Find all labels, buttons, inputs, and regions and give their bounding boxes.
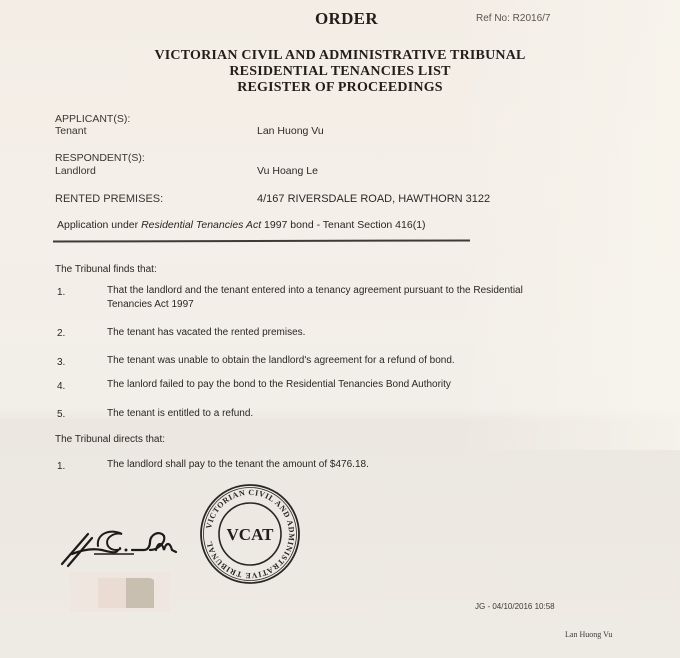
footer-timestamp: JG - 04/10/2016 10:58: [475, 602, 555, 611]
list-name: RESIDENTIAL TENANCIES LIST: [0, 64, 680, 80]
direction-number: 1.: [57, 461, 65, 472]
order-title: ORDER: [315, 9, 378, 29]
finding-text: The tenant is entitled to a refund.: [107, 408, 253, 419]
applicant-heading: APPLICANT(S):: [55, 113, 130, 125]
signature-icon: [58, 520, 193, 570]
findings-heading: The Tribunal finds that:: [55, 264, 157, 275]
finding-text: That the landlord and the tenant entered…: [107, 285, 523, 296]
finding-number: 3.: [57, 357, 65, 368]
section-divider: [53, 239, 470, 242]
application-suffix: 1997 bond - Tenant Section 416(1): [261, 219, 425, 231]
finding-number: 1.: [57, 287, 65, 298]
premises-address: 4/167 RIVERSDALE ROAD, HAWTHORN 3122: [257, 193, 490, 205]
finding-text-continued: Tenancies Act 1997: [107, 299, 194, 310]
finding-text: The tenant has vacated the rented premis…: [107, 327, 305, 338]
footer-name: Lan Huong Vu: [565, 630, 612, 639]
application-description: Application under Residential Tenancies …: [57, 219, 426, 231]
applicant-role: Tenant: [55, 125, 87, 137]
svg-text:VCAT: VCAT: [227, 525, 275, 544]
document-page: ORDER Ref No: R2016/7 VICTORIAN CIVIL AN…: [0, 0, 680, 658]
premises-label: RENTED PREMISES:: [55, 193, 163, 205]
respondent-name: Vu Hoang Le: [257, 165, 318, 177]
finding-text: The lanlord failed to pay the bond to th…: [107, 379, 451, 390]
directions-heading: The Tribunal directs that:: [55, 434, 165, 445]
direction-text: The landlord shall pay to the tenant the…: [107, 459, 369, 470]
act-name: Residential Tenancies Act: [141, 219, 261, 231]
redacted-block: [126, 578, 154, 608]
finding-number: 4.: [57, 381, 65, 392]
finding-number: 2.: [57, 328, 65, 339]
tribunal-name: VICTORIAN CIVIL AND ADMINISTRATIVE TRIBU…: [0, 48, 680, 64]
finding-text: The tenant was unable to obtain the land…: [107, 355, 455, 366]
respondent-role: Landlord: [55, 165, 96, 177]
respondent-heading: RESPONDENT(S):: [55, 152, 145, 164]
reference-number: Ref No: R2016/7: [476, 13, 551, 24]
redacted-block: [98, 578, 128, 608]
applicant-name: Lan Huong Vu: [257, 125, 324, 137]
register-name: REGISTER OF PROCEEDINGS: [0, 80, 680, 96]
application-prefix: Application under: [57, 219, 141, 231]
vcat-seal-icon: VICTORIAN CIVIL AND ADMINISTRATIVE TRIBU…: [198, 482, 302, 586]
finding-number: 5.: [57, 409, 65, 420]
